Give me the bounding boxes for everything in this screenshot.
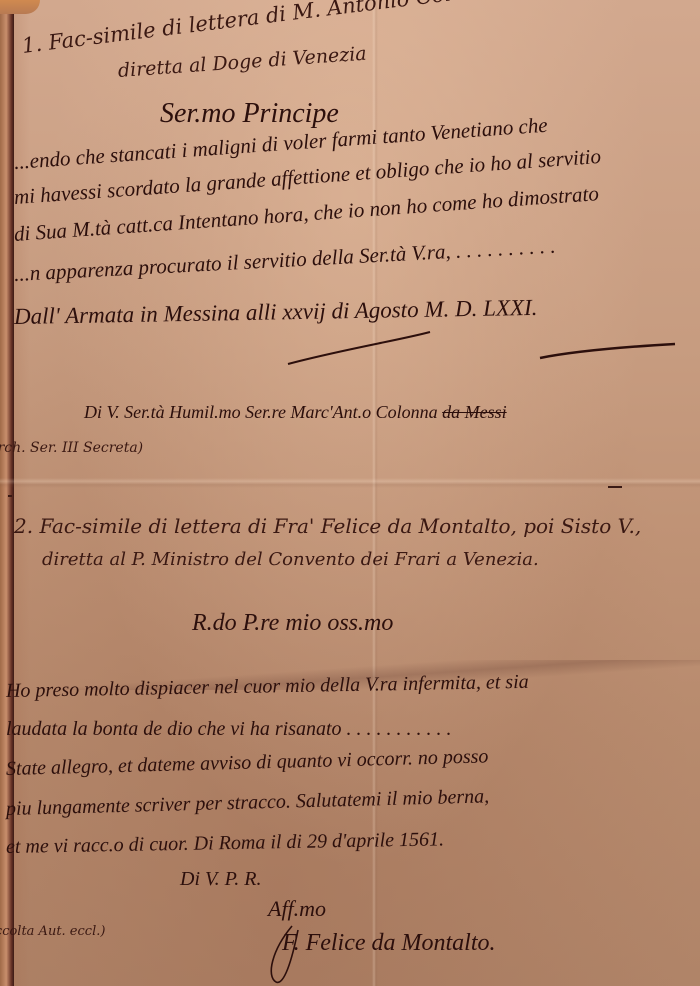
letter1-body-line: ...n apparenza procurato il servitio del… [13, 234, 556, 287]
letter2-closing-line2: Aff.mo [268, 896, 326, 922]
letter2-body-line: piu lungamente scriver per stracco. Salu… [6, 785, 490, 821]
letter1-date-flourish [280, 330, 680, 370]
separator-mark [608, 486, 622, 488]
letter1-caption-line2: diretta al Doge di Venezia [117, 43, 367, 82]
letter1-source-note: (Arch. Ser. III Secreta) [0, 440, 143, 456]
letter2-body-line: laudata la bonta de dio che vi ha risana… [6, 718, 452, 741]
letter1-closing-text: Di V. Ser.tà Humil.mo Ser.re Marc'Ant.o … [84, 402, 438, 422]
letter1-closing-struck: da Messi [442, 402, 507, 422]
letter2-source-note: (Raccolta Aut. eccl.) [0, 924, 105, 939]
letter2-salutation: R.do P.re mio oss.mo [192, 610, 393, 637]
letter2-caption-line1: 2. Fac-simile di lettera di Fra' Felice … [14, 514, 641, 538]
letter1-closing: Di V. Ser.tà Humil.mo Ser.re Marc'Ant.o … [84, 402, 507, 423]
letter2-body-line: State allegro, et dateme avviso di quant… [6, 745, 489, 781]
letter2-body-line: et me vi racc.o di cuor. Di Roma il di 2… [6, 828, 444, 859]
document-page: 1. Fac-simile di lettera di M. Antonio C… [0, 0, 700, 986]
letter1-salutation: Ser.mo Principe [160, 98, 339, 130]
letter1-date-line: Dall' Armata in Messina alli xxvij di Ag… [14, 295, 538, 330]
separator-mark [8, 495, 12, 497]
letter2-caption-line2: diretta al P. Ministro del Convento dei … [42, 549, 539, 570]
letter2-closing-line1: Di V. P. R. [180, 868, 262, 891]
letter2-signature: F. Felice da Montalto. [282, 930, 496, 957]
paper-fold-horizontal [0, 478, 700, 488]
book-edge [0, 0, 40, 14]
